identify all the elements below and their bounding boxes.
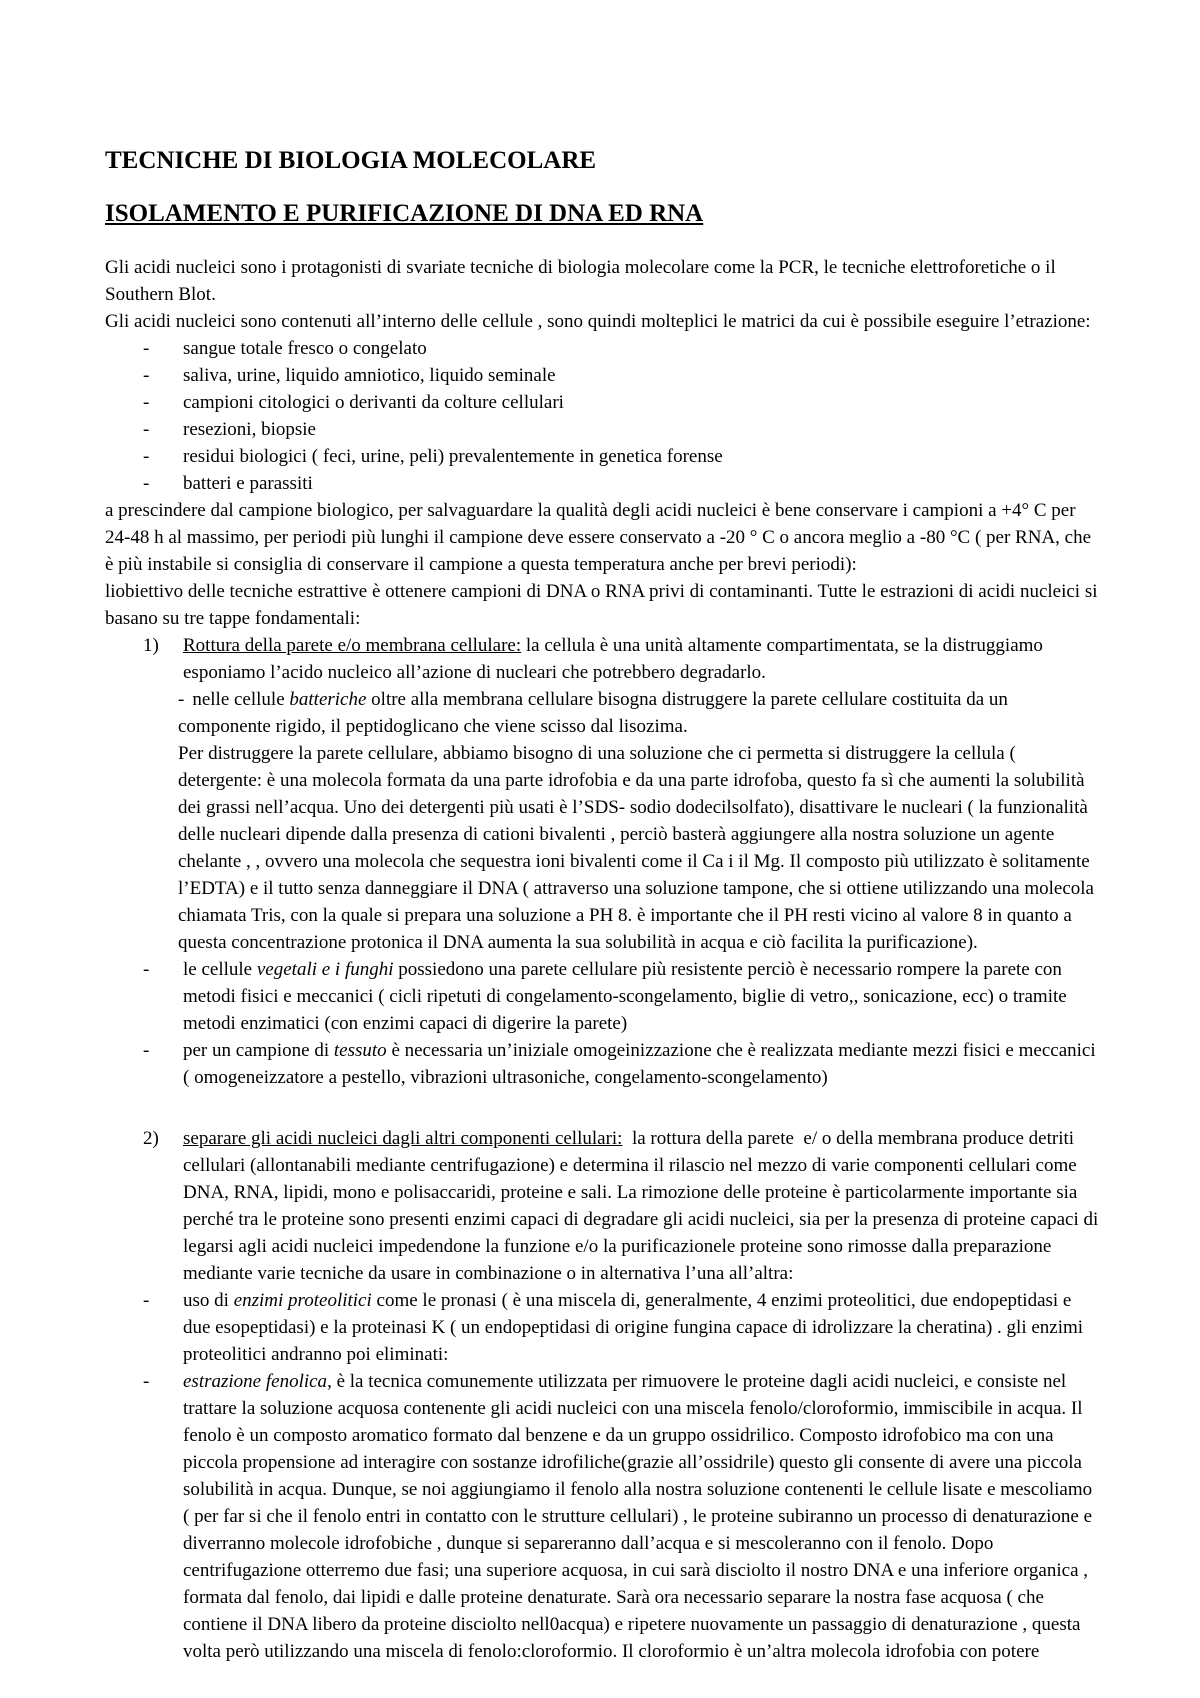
text-content: liobiettivo delle tecniche estrattive è …	[105, 581, 1102, 629]
text-content: batteri e parassiti	[183, 470, 1102, 497]
underline-text-run: separare gli acidi nucleici dagli altri …	[183, 1128, 622, 1149]
bullet: -resezioni, biopsie	[143, 416, 1102, 443]
text-run: le cellule	[183, 959, 257, 980]
bullet: -per un campione di tessuto è necessaria…	[143, 1037, 1102, 1091]
text-content: campioni citologici o derivanti da coltu…	[183, 389, 1102, 416]
text-content: le cellule vegetali e i funghi possiedon…	[183, 956, 1102, 1037]
paragraph: a prescindere dal campione biologico, pe…	[105, 497, 1102, 578]
list-marker: -	[143, 1287, 183, 1368]
text-run: resezioni, biopsie	[183, 419, 316, 440]
indent-paragraph: Per distruggere la parete cellulare, abb…	[178, 740, 1102, 956]
document-page: TECNICHE DI BIOLOGIA MOLECOLARE ISOLAMEN…	[0, 0, 1200, 1698]
text-run: liobiettivo delle tecniche estrattive è …	[105, 581, 1102, 629]
text-content: Gli acidi nucleici sono i protagonisti d…	[105, 257, 1061, 305]
list-marker: -	[143, 416, 183, 443]
document-subtitle: ISOLAMENTO E PURIFICAZIONE DI DNA ED RNA	[105, 199, 1102, 228]
list-marker: -	[143, 443, 183, 470]
list-marker: 2)	[143, 1125, 183, 1287]
text-content: nelle cellule batteriche oltre alla memb…	[178, 689, 1013, 737]
text-content: Rottura della parete e/o membrana cellul…	[183, 632, 1102, 686]
list-marker: -	[143, 470, 183, 497]
bullet: -saliva, urine, liquido amniotico, liqui…	[143, 362, 1102, 389]
text-content: separare gli acidi nucleici dagli altri …	[183, 1125, 1102, 1287]
bullet: -residui biologici ( feci, urine, peli) …	[143, 443, 1102, 470]
text-content: saliva, urine, liquido amniotico, liquid…	[183, 362, 1102, 389]
text-run: per un campione di	[183, 1040, 334, 1061]
text-run: , è la tecnica comunemente utilizzata pe…	[183, 1371, 1097, 1662]
text-run: a prescindere dal campione biologico, pe…	[105, 500, 1096, 575]
document-title: TECNICHE DI BIOLOGIA MOLECOLARE	[105, 146, 1102, 175]
text-content: residui biologici ( feci, urine, peli) p…	[183, 443, 1102, 470]
text-content: sangue totale fresco o congelato	[183, 335, 1102, 362]
list-marker: 1)	[143, 632, 183, 686]
bullet: -estrazione fenolica, è la tecnica comun…	[143, 1368, 1102, 1665]
text-content: Gli acidi nucleici sono contenuti all’in…	[105, 311, 1091, 332]
list-marker: -	[143, 1037, 183, 1091]
paragraph: liobiettivo delle tecniche estrattive è …	[105, 578, 1102, 632]
text-content: uso di enzimi proteolitici come le prona…	[183, 1287, 1102, 1368]
numbered: 1)Rottura della parete e/o membrana cell…	[143, 632, 1102, 686]
text-run: sangue totale fresco o congelato	[183, 338, 427, 359]
italic-text-run: batteriche	[289, 689, 366, 710]
blank-line	[105, 1091, 1102, 1125]
list-marker: -	[143, 362, 183, 389]
text-run: batteri e parassiti	[183, 473, 313, 494]
text-run: campioni citologici o derivanti da coltu…	[183, 392, 564, 413]
text-run: Gli acidi nucleici sono contenuti all’in…	[105, 311, 1091, 332]
bullet: -sangue totale fresco o congelato	[143, 335, 1102, 362]
document-body: Gli acidi nucleici sono i protagonisti d…	[105, 254, 1102, 1665]
underline-text-run: Rottura della parete e/o membrana cellul…	[183, 635, 521, 656]
paragraph: Gli acidi nucleici sono contenuti all’in…	[105, 308, 1102, 335]
italic-text-run: enzimi proteolitici	[234, 1290, 372, 1311]
bullet: -campioni citologici o derivanti da colt…	[143, 389, 1102, 416]
text-run: saliva, urine, liquido amniotico, liquid…	[183, 365, 556, 386]
text-run: Gli acidi nucleici sono i protagonisti d…	[105, 257, 1061, 305]
text-run: la rottura della parete e/ o della membr…	[183, 1128, 1103, 1284]
italic-text-run: tessuto	[334, 1040, 387, 1061]
text-content: a prescindere dal campione biologico, pe…	[105, 500, 1096, 575]
text-run: Per distruggere la parete cellulare, abb…	[178, 743, 1099, 953]
list-marker: -	[143, 1368, 183, 1665]
text-content: resezioni, biopsie	[183, 416, 1102, 443]
text-run: residui biologici ( feci, urine, peli) p…	[183, 446, 723, 467]
paragraph: Gli acidi nucleici sono i protagonisti d…	[105, 254, 1102, 308]
text-content: Per distruggere la parete cellulare, abb…	[178, 743, 1099, 953]
bullet: -batteri e parassiti	[143, 470, 1102, 497]
text-run: uso di	[183, 1290, 234, 1311]
text-run: nelle cellule	[192, 689, 289, 710]
list-marker: -	[143, 389, 183, 416]
list-marker: -	[143, 956, 183, 1037]
text-content: per un campione di tessuto è necessaria …	[183, 1037, 1102, 1091]
list-marker: -	[143, 335, 183, 362]
numbered: 2)separare gli acidi nucleici dagli altr…	[143, 1125, 1102, 1287]
bullet: -uso di enzimi proteolitici come le pron…	[143, 1287, 1102, 1368]
bullet: -le cellule vegetali e i funghi possiedo…	[143, 956, 1102, 1037]
italic-text-run: estrazione fenolica	[183, 1371, 327, 1392]
italic-text-run: vegetali e i funghi	[257, 959, 394, 980]
list-marker: -	[178, 689, 192, 710]
text-content: estrazione fenolica, è la tecnica comune…	[183, 1368, 1102, 1665]
sub-bullet: -nelle cellule batteriche oltre alla mem…	[178, 686, 1102, 740]
